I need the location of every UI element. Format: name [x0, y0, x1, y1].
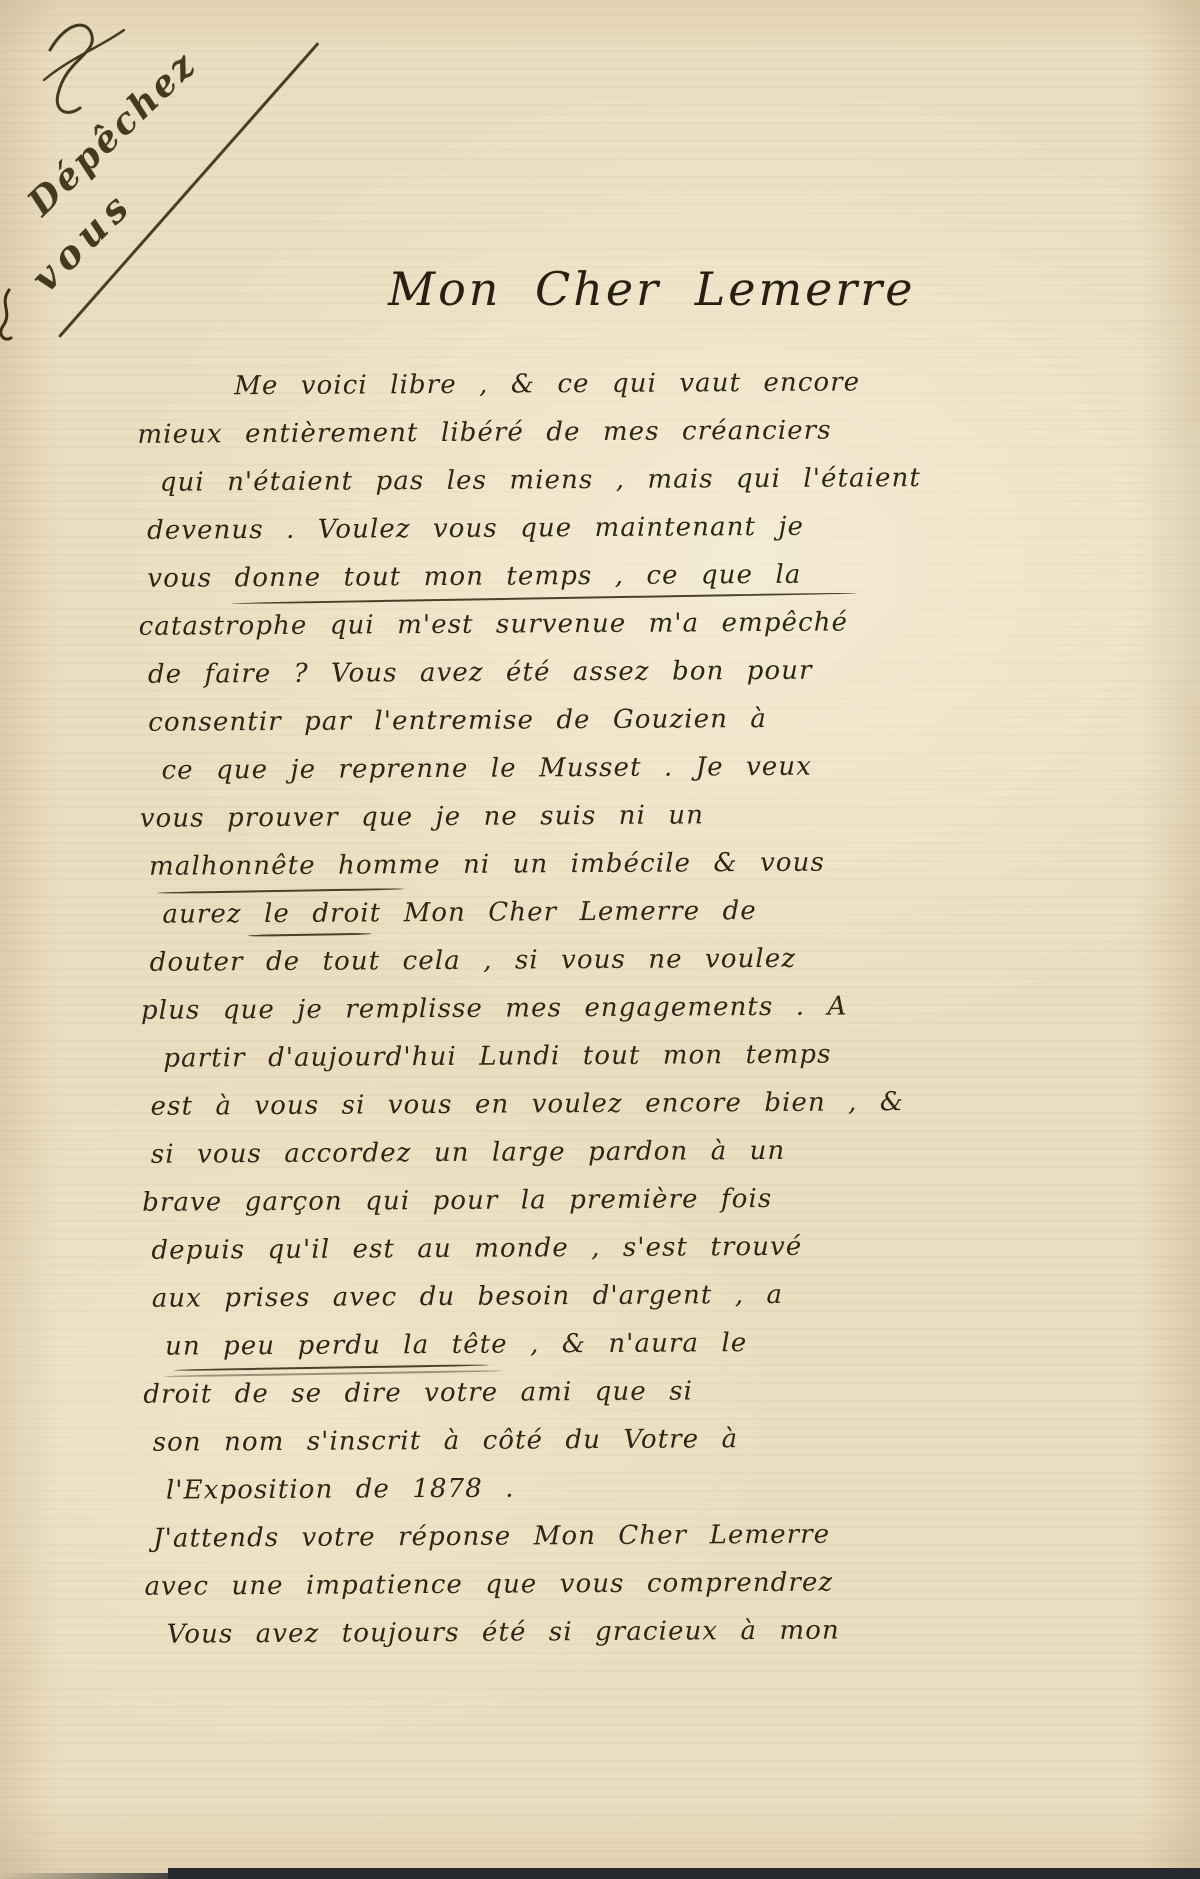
letter-line: son nom s'inscrit à côté du Votre à	[3, 1412, 1200, 1467]
letter-line: mieux entièrement libéré de mes créancie…	[0, 404, 1197, 459]
letter-line: malhonnête homme ni un imbécile & vous	[0, 836, 1199, 891]
letter-line: ce que je reprenne le Musset . Je veux	[0, 740, 1199, 795]
letter-line: partir d'aujourd'hui Lundi tout mon temp…	[0, 1028, 1200, 1083]
letter-line: vous donne tout mon temps , ce que la	[0, 548, 1197, 603]
scan-edge-fade	[0, 1873, 170, 1879]
letter-line-text: douter de tout cela , si vous ne voulez	[150, 944, 797, 978]
salutation: Mon Cher Lemerre	[388, 262, 916, 316]
letter-line: de faire ? Vous avez été assez bon pour	[0, 644, 1198, 699]
letter-line-text: est à vous si vous en voulez encore bien…	[151, 1087, 905, 1122]
letter-line-text: si vous accordez un large pardon à un	[151, 1136, 786, 1170]
letter-line-text: malhonnête homme ni un imbécile & vous	[149, 848, 825, 882]
letter-line: plus que je remplisse mes engagements . …	[0, 980, 1200, 1035]
letter-line-text: un peu perdu la tête , & n'aura le	[165, 1328, 747, 1362]
letter-line: avec une impatience que vous comprendrez	[3, 1556, 1200, 1611]
letter-body: Me voici libre , & ce qui vaut encore mi…	[0, 356, 1200, 1659]
letter-line: J'attends votre réponse Mon Cher Lemerre	[3, 1508, 1200, 1563]
letter-line: l'Exposition de 1878 .	[3, 1460, 1200, 1515]
letter-line: aurez le droit Mon Cher Lemerre de	[0, 884, 1200, 939]
letter-line: un peu perdu la tête , & n'aura le	[2, 1316, 1200, 1371]
letter-line-text: J'attends votre réponse Mon Cher Lemerre	[153, 1520, 830, 1554]
letter-line-text: droit de se dire votre ami que si	[143, 1376, 693, 1409]
letter-line-text: depuis qu'il est au monde , s'est trouvé	[151, 1232, 802, 1266]
letter-line: devenus . Voulez vous que maintenant je	[0, 500, 1197, 555]
letter-line-text: vous donne tout mon temps , ce que la	[147, 560, 801, 594]
letter-line-text: vous prouver que je ne suis ni un	[140, 800, 704, 833]
letter-line: droit de se dire votre ami que si	[2, 1364, 1200, 1419]
letter-line-text: l'Exposition de 1878 .	[166, 1474, 515, 1506]
letter-line-text: Vous avez toujours été si gracieux à mon	[167, 1616, 840, 1650]
letter-line-text: partir d'aujourd'hui Lundi tout mon temp…	[163, 1040, 831, 1074]
letter-line-text: de faire ? Vous avez été assez bon pour	[148, 656, 813, 690]
edge-ink-mark	[0, 288, 17, 346]
letter-line-text: son nom s'inscrit à côté du Votre à	[153, 1424, 739, 1458]
letter-line: aux prises avec du besoin d'argent , a	[2, 1268, 1200, 1323]
letter-line: est à vous si vous en voulez encore bien…	[0, 1076, 1200, 1131]
letter-line: douter de tout cela , si vous ne voulez	[0, 932, 1200, 987]
letter-line-text: qui n'étaient pas les miens , mais qui l…	[160, 463, 921, 498]
letter-line: qui n'étaient pas les miens , mais qui l…	[0, 452, 1197, 507]
letter-line: Vous avez toujours été si gracieux à mon	[4, 1604, 1200, 1659]
letter-line-text: avec une impatience que vous comprendrez	[144, 1568, 833, 1602]
letter-line-text: ce que je reprenne le Musset . Je veux	[161, 752, 812, 786]
letter-line-text: devenus . Voulez vous que maintenant je	[147, 512, 804, 546]
letter-line-text: aurez le droit Mon Cher Lemerre de	[162, 896, 757, 930]
letter-line: depuis qu'il est au monde , s'est trouvé	[1, 1220, 1200, 1275]
letter-page: Dépêchez vous Mon Cher Lemerre Me voici …	[0, 0, 1200, 1879]
letter-line-text: catastrophe qui m'est survenue m'a empêc…	[139, 607, 849, 641]
letter-line-text: plus que je remplisse mes engagements . …	[141, 991, 848, 1025]
letter-line-text: consentir par l'entremise de Gouzien à	[148, 704, 767, 738]
letter-line: vous prouver que je ne suis ni un	[0, 788, 1199, 843]
scan-edge-strip	[168, 1868, 1200, 1879]
letter-line-text: brave garçon qui pour la première fois	[142, 1184, 772, 1218]
pen-underline	[248, 932, 372, 936]
letter-line: si vous accordez un large pardon à un	[1, 1124, 1200, 1179]
letter-line: Me voici libre , & ce qui vaut encore	[0, 356, 1196, 411]
letter-line-text: Me voici libre , & ce qui vaut encore	[234, 367, 860, 401]
letter-line: consentir par l'entremise de Gouzien à	[0, 692, 1198, 747]
letter-line-text: mieux entièrement libéré de mes créancie…	[137, 416, 831, 450]
letter-line: brave garçon qui pour la première fois	[1, 1172, 1200, 1227]
letter-line: catastrophe qui m'est survenue m'a empêc…	[0, 596, 1198, 651]
letter-line-text: aux prises avec du besoin d'argent , a	[152, 1280, 784, 1314]
